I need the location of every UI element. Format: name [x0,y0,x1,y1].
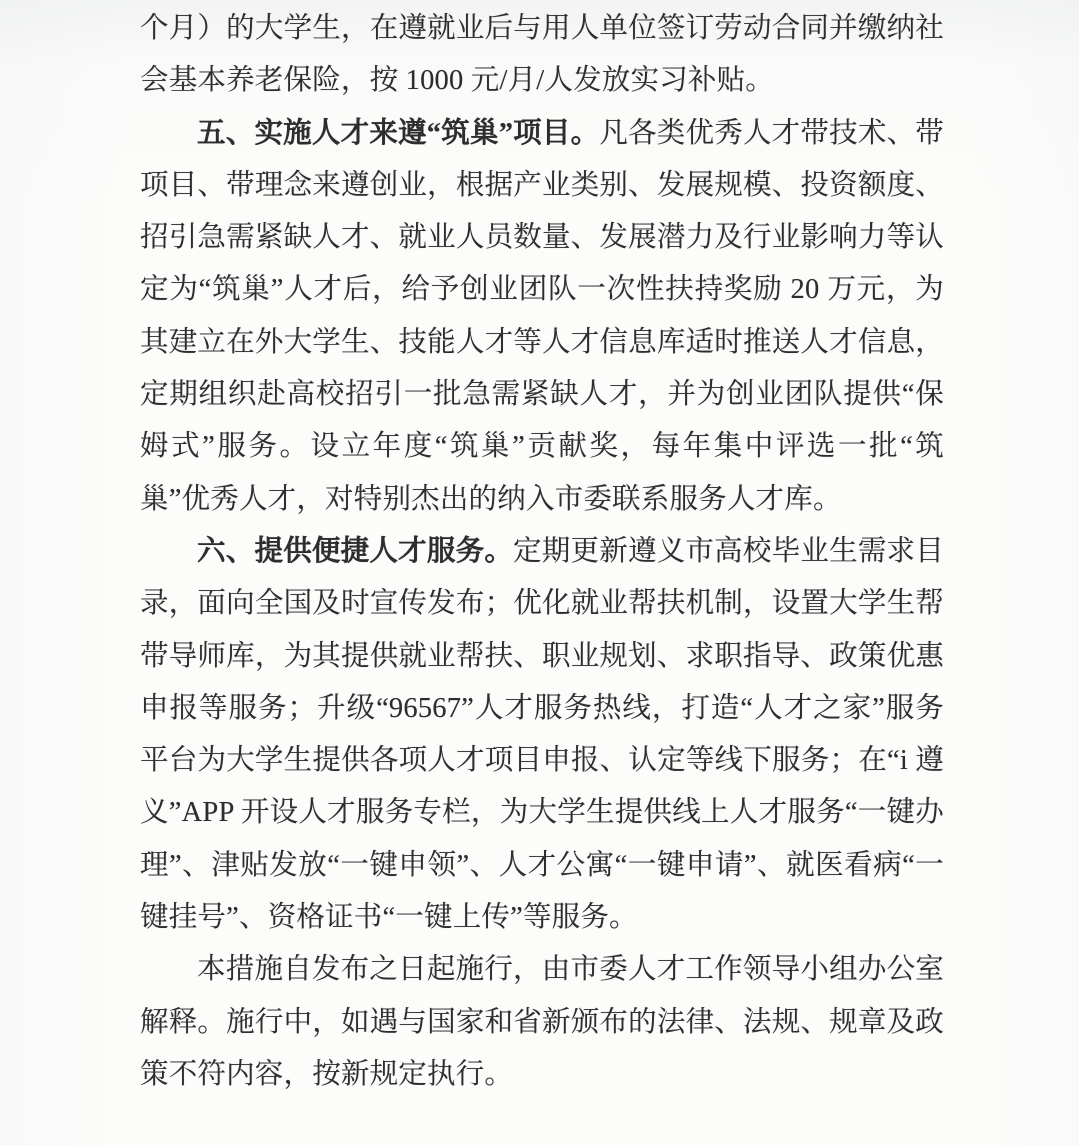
text-run-heading: 五、实施人才来遵“筑巢”项目。 [197,118,599,149]
p-internship-subsidy-continued: 个月）的大学生，在遵就业后与用人单位签订劳动合同并缴纳社会基本养老保险，按 10… [140,3,944,108]
p-section-5-nest-building-project: 五、实施人才来遵“筑巢”项目。凡各类优秀人才带技术、带项目、带理念来遵创业，根据… [140,108,944,526]
p-implementation-clause: 本措施自发布之日起施行，由市委人才工作领导小组办公室解释。施行中，如遇与国家和省… [140,944,944,1101]
text-run: 本措施自发布之日起施行，由市委人才工作领导小组办公室解释。施行中，如遇与国家和省… [140,954,944,1090]
document-body: 个月）的大学生，在遵就业后与用人单位签订劳动合同并缴纳社会基本养老保险，按 10… [140,3,944,1101]
p-section-6-convenient-talent-services: 六、提供便捷人才服务。定期更新遵义市高校毕业生需求目录，面向全国及时宣传发布；优… [140,526,944,944]
text-run: 定期更新遵义市高校毕业生需求目录，面向全国及时宣传发布；优化就业帮扶机制，设置大… [140,536,944,933]
document-page: 个月）的大学生，在遵就业后与用人单位签订劳动合同并缴纳社会基本养老保险，按 10… [0,0,1079,1145]
text-run: 凡各类优秀人才带技术、带项目、带理念来遵创业，根据产业类别、发展规模、投资额度、… [140,118,944,515]
text-run: 个月）的大学生，在遵就业后与用人单位签订劳动合同并缴纳社会基本养老保险，按 10… [140,13,944,96]
text-run-heading: 六、提供便捷人才服务。 [197,536,513,567]
